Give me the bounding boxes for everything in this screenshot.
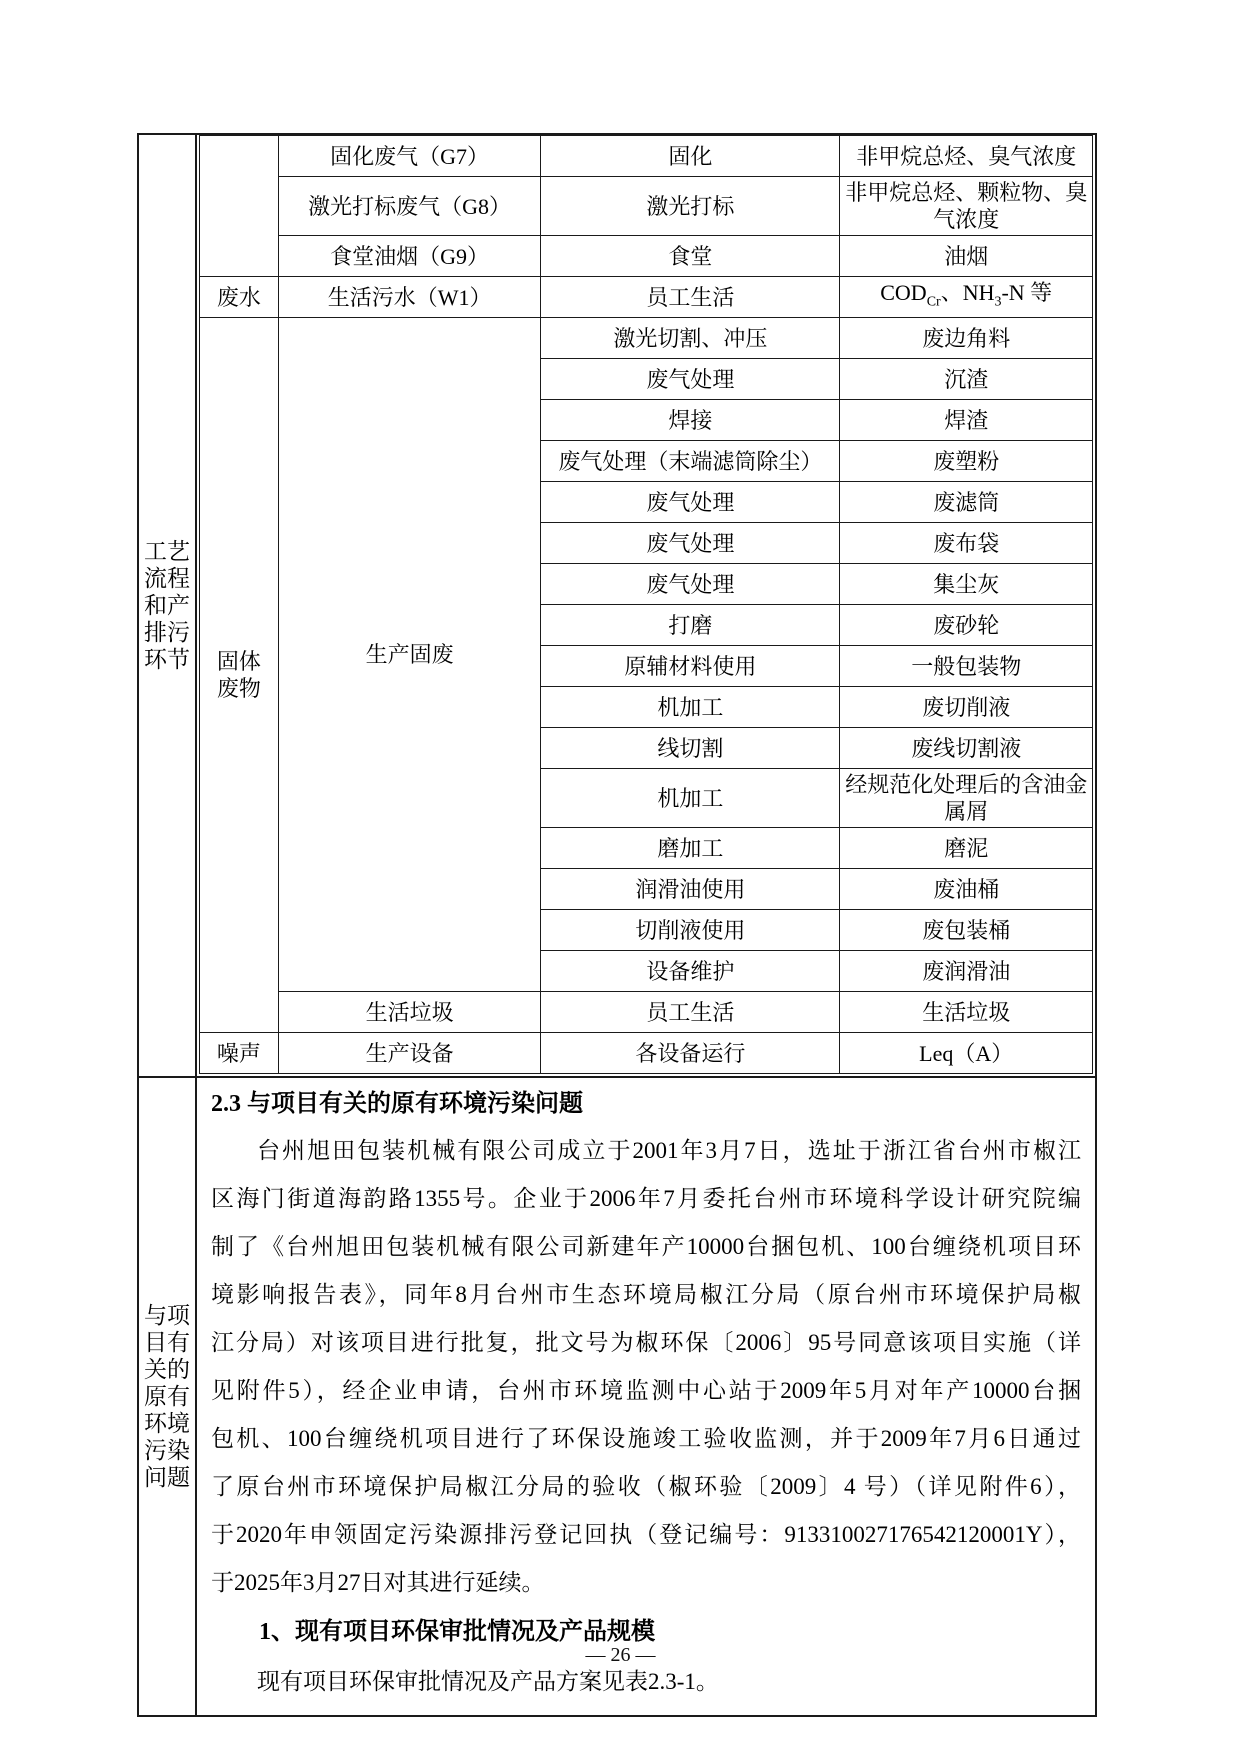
lower-section-content: 2.3 与项目有关的原有环境污染问题 台州旭田包装机械有限公司成立于2001年3… [197,1078,1095,1715]
table-cell: 废边角料 [840,318,1093,359]
upper-section-label: 工艺 流程 和产 排污 环节 [139,135,197,1076]
paragraph-line: 于2025年3月27日对其进行延续。 [211,1559,1081,1607]
table-cell: 非甲烷总烃、臭气浓度 [840,136,1093,177]
table-cell: 废气处理 [541,564,840,605]
table-cell: 废布袋 [840,523,1093,564]
table-cell: 固化废气（G7） [278,136,541,177]
table-cell: 切削液使用 [541,910,840,951]
table-cell: 各设备运行 [541,1033,840,1074]
table-cell: 生活垃圾 [278,992,541,1033]
document-page: 工艺 流程 和产 排污 环节 固化废气（G7）固化非甲烷总烃、臭气浓度激光打标废… [0,0,1241,1754]
lower-section-label: 与项 目有 关的 原有 环境 污染 问题 [139,1078,197,1715]
table-cell: 废砂轮 [840,605,1093,646]
table-row: 噪声生产设备各设备运行Leq（A） [200,1033,1093,1074]
table-cell: 激光打标废气（G8） [278,177,541,236]
table-cell: 废包装桶 [840,910,1093,951]
table-cell: 集尘灰 [840,564,1093,605]
table-cell: 生活垃圾 [840,992,1093,1033]
paragraph: 台州旭田包装机械有限公司成立于2001年3月7日，选址于浙江省台州市椒江区海门街… [211,1127,1081,1607]
paragraph-line: 于2020年申领固定污染源排污登记回执（登记编号：913310027176542… [211,1511,1081,1559]
table-cell: 机加工 [541,687,840,728]
table-cell: 固体 废物 [200,318,279,1033]
table-cell: 磨加工 [541,828,840,869]
table-row: 固化废气（G7）固化非甲烷总烃、臭气浓度 [200,136,1093,177]
table-cell: 废水 [200,277,279,318]
table-cell: 生活污水（W1） [278,277,541,318]
page-number: — 26 — [0,1644,1241,1667]
table-cell: 生产设备 [278,1033,541,1074]
table-cell: 废气处理 [541,523,840,564]
table-cell: 非甲烷总烃、颗粒物、臭气浓度 [840,177,1093,236]
table-cell: 激光切割、冲压 [541,318,840,359]
section-heading: 2.3 与项目有关的原有环境污染问题 [211,1079,1081,1127]
table-cell: 生产固废 [278,318,541,992]
table-cell: 废气处理（末端滤筒除尘） [541,441,840,482]
table-cell [200,136,279,277]
pollution-summary-table-body: 固化废气（G7）固化非甲烷总烃、臭气浓度激光打标废气（G8）激光打标非甲烷总烃、… [200,136,1093,1074]
table-cell: 废滤筒 [840,482,1093,523]
table-cell: 一般包装物 [840,646,1093,687]
table-cell: 机加工 [541,769,840,828]
table-cell: 打磨 [541,605,840,646]
table-cell: 食堂油烟（G9） [278,236,541,277]
table-cell: 员工生活 [541,992,840,1033]
table-cell: 废油桶 [840,869,1093,910]
table-cell: 噪声 [200,1033,279,1074]
table-row: 生活垃圾员工生活生活垃圾 [200,992,1093,1033]
table-cell: 焊渣 [840,400,1093,441]
upper-section-row: 工艺 流程 和产 排污 环节 固化废气（G7）固化非甲烷总烃、臭气浓度激光打标废… [139,135,1095,1076]
table-cell: 固化 [541,136,840,177]
paragraph-line: 制了《台州旭田包装机械有限公司新建年产10000台捆包机、100台缠绕机项目环 [211,1223,1081,1271]
table-cell: 废气处理 [541,359,840,400]
table-row: 废水生活污水（W1）员工生活CODCr、NH3-N 等 [200,277,1093,318]
paragraph-line: 台州旭田包装机械有限公司成立于2001年3月7日，选址于浙江省台州市椒江 [211,1127,1081,1175]
paragraph-line: 了原台州市环境保护局椒江分局的验收（椒环验〔2009〕4 号）（详见附件6）， [211,1463,1081,1511]
paragraph-line: 境影响报告表》，同年8月台州市生态环境局椒江分局（原台州市环境保护局椒 [211,1271,1081,1319]
report-form-table: 工艺 流程 和产 排污 环节 固化废气（G7）固化非甲烷总烃、臭气浓度激光打标废… [137,133,1097,1717]
table-cell: 食堂 [541,236,840,277]
paragraph-line: 见附件5），经企业申请，台州市环境监测中心站于2009年5月对年产10000台捆 [211,1367,1081,1415]
paragraph-line: 江分局）对该项目进行批复，批文号为椒环保〔2006〕95号同意该项目实施（详 [211,1319,1081,1367]
table-cell: 线切割 [541,728,840,769]
table-cell: 原辅材料使用 [541,646,840,687]
upper-section-content: 固化废气（G7）固化非甲烷总烃、臭气浓度激光打标废气（G8）激光打标非甲烷总烃、… [197,135,1095,1076]
pollution-summary-table: 固化废气（G7）固化非甲烷总烃、臭气浓度激光打标废气（G8）激光打标非甲烷总烃、… [199,135,1093,1074]
table-cell: 磨泥 [840,828,1093,869]
table-cell: Leq（A） [840,1033,1093,1074]
table-row: 激光打标废气（G8）激光打标非甲烷总烃、颗粒物、臭气浓度 [200,177,1093,236]
paragraph-line: 区海门街道海韵路1355号。企业于2006年7月委托台州市环境科学设计研究院编 [211,1175,1081,1223]
table-cell: 废线切割液 [840,728,1093,769]
lower-section-row: 与项 目有 关的 原有 环境 污染 问题 2.3 与项目有关的原有环境污染问题 … [139,1076,1095,1715]
paragraph-line: 包机、100台缠绕机项目进行了环保设施竣工验收监测，并于2009年7月6日通过 [211,1415,1081,1463]
table-cell: 废切削液 [840,687,1093,728]
table-cell: 经规范化处理后的含油金属屑 [840,769,1093,828]
table-cell: CODCr、NH3-N 等 [840,277,1093,318]
table-cell: 废润滑油 [840,951,1093,992]
table-cell: 废塑粉 [840,441,1093,482]
table-cell: 润滑油使用 [541,869,840,910]
table-row: 食堂油烟（G9）食堂油烟 [200,236,1093,277]
table-cell: 废气处理 [541,482,840,523]
table-row: 固体 废物生产固废激光切割、冲压废边角料 [200,318,1093,359]
table-cell: 设备维护 [541,951,840,992]
table-cell: 员工生活 [541,277,840,318]
table-cell: 激光打标 [541,177,840,236]
table-cell: 焊接 [541,400,840,441]
table-cell: 沉渣 [840,359,1093,400]
table-cell: 油烟 [840,236,1093,277]
